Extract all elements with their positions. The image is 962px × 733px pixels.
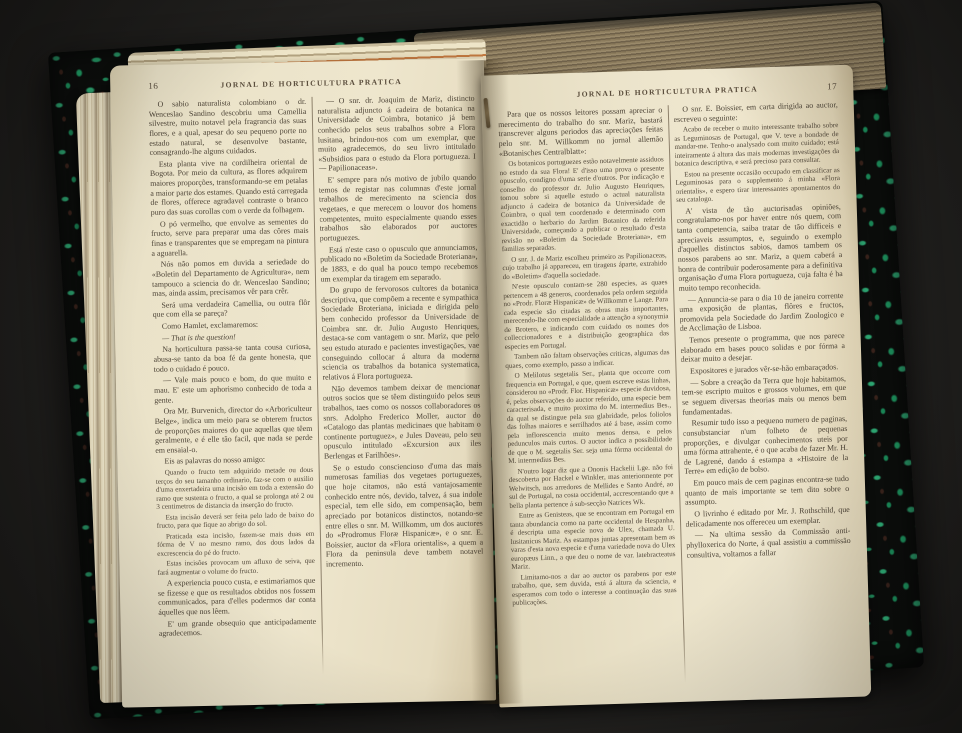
running-header-right: JORNAL DE HORTICULTURA PRATICA: [531, 83, 803, 100]
paragraph: Nós não pomos em duvida a seriedade do «…: [152, 257, 310, 299]
photo-background: 16 JORNAL DE HORTICULTURA PRATICA O sabi…: [0, 0, 962, 733]
left-page: 16 JORNAL DE HORTICULTURA PRATICA O sabi…: [110, 58, 496, 707]
paragraph: — Sobre a creação da Terra que hoje habi…: [681, 374, 847, 417]
right-page-header-row: JORNAL DE HORTICULTURA PRATICA 17: [497, 81, 837, 101]
paragraph: — Vale mais pouco e bom, do que muito e …: [154, 373, 312, 405]
paragraph: Na horticultura passa-se tanta cousa cur…: [153, 342, 311, 374]
text-column: O sabio naturalista colombiano o dr. Wen…: [149, 97, 318, 678]
paragraph: N'este opusculo contam-se 280 especies, …: [503, 278, 669, 351]
paragraph: O snr. E. Boissier, em carta dirigida ao…: [673, 100, 838, 124]
paragraph: E' sempre para nós motivo de jubilo quan…: [319, 173, 478, 243]
text-column: Para que os nossos leitores possam aprec…: [498, 105, 680, 688]
paragraph: A experiencia pouco custa, e estimariamo…: [158, 576, 316, 618]
paragraph: Esta planta vive na cordilheira oriental…: [150, 157, 309, 218]
paragraph: Acabo de receber o muito interessante tr…: [674, 121, 840, 168]
paragraph: Ora Mr. Burvenich, director do «Arboricu…: [154, 404, 312, 455]
paragraph: Será uma verdadeira Camellia, ou outra f…: [152, 298, 310, 320]
paragraph: O pó vermelho, que envolve as sementes d…: [151, 217, 309, 259]
paragraph: Entre as Genisteas, que se encontram em …: [510, 507, 676, 571]
right-page: JORNAL DE HORTICULTURA PRATICA 17 Para q…: [481, 65, 872, 708]
text-column: — O snr. dr. Joaquim de Mariz, distincto…: [317, 94, 486, 675]
paragraph: Resumir tudo isso a pequeno numero de pa…: [682, 414, 848, 477]
paragraph: Limitamo-nos a dar ao auctor os parabens…: [511, 569, 676, 608]
header-spacer-right: [497, 98, 531, 99]
right-page-content: JORNAL DE HORTICULTURA PRATICA 17 Para q…: [481, 65, 872, 708]
page-number-left: 16: [148, 80, 182, 91]
paragraph: Como Hamlet, exclamaremos:: [153, 319, 311, 332]
text-column: O snr. E. Boissier, em carta dirigida ao…: [673, 100, 855, 683]
paragraph: O livrinho é editado por Mr. J. Rothschi…: [685, 505, 850, 529]
paragraph: N'outro logar diz que a Ononis Hackelii …: [508, 463, 674, 510]
left-page-columns: O sabio naturalista colombiano o dr. Wen…: [149, 94, 486, 678]
header-spacer-left: [440, 83, 474, 84]
paragraph: Os botanicos portuguezes estão notavelme…: [499, 155, 666, 253]
paragraph: E' um grande obsequio que anticipadament…: [159, 616, 317, 638]
paragraph: Está n'este caso o opusculo que annuncia…: [320, 242, 478, 284]
paragraph: — Annuncia-se para o dia 10 de janeiro c…: [679, 291, 845, 334]
paragraph: Tambem não faltam observações criticas, …: [505, 348, 670, 370]
paragraph: — Na ultima sessão da Commissão anti-phy…: [686, 526, 851, 560]
paragraph: Se o estudo consciencioso d'uma das mais…: [324, 460, 484, 569]
paragraph: Para que os nossos leitores possam aprec…: [498, 105, 664, 158]
paragraph: Do grupo de fervorosos cultores da botan…: [321, 283, 480, 382]
paragraph: Temos presente o programma, que nos pare…: [680, 331, 845, 365]
left-page-content: 16 JORNAL DE HORTICULTURA PRATICA O sabi…: [110, 58, 496, 707]
paragraph: O sabio naturalista colombiano o dr. Wen…: [149, 97, 308, 158]
paragraph: Eis as palavras do nosso amigo:: [155, 454, 313, 467]
paragraph: Praticada esta incisão, fazem-se mais du…: [157, 529, 315, 558]
paragraph: — That is the question!: [153, 331, 311, 344]
paragraph: — O snr. dr. Joaquim de Mariz, distincto…: [317, 94, 476, 174]
left-page-header-row: 16 JORNAL DE HORTICULTURA PRATICA: [148, 75, 474, 91]
paragraph: Não devemos tambem deixar de mencionar o…: [323, 381, 482, 461]
paragraph: Estas incisões provocam um afluxo de sei…: [157, 557, 315, 577]
paragraph: Estou na presente occasião occupado em c…: [675, 166, 840, 205]
right-page-columns: Para que os nossos leitores possam aprec…: [498, 100, 855, 688]
paragraph: Em pouco mais de cem paginas encontra-se…: [684, 474, 849, 508]
paragraph: A' vista de tão auctorisadas opiniões, c…: [676, 202, 843, 294]
paragraph: Esta incisão deverá ser feita pelo lado …: [156, 510, 314, 530]
paragraph: O Melilotus segetalis Ser., planta que o…: [506, 367, 673, 465]
running-header-left: JORNAL DE HORTICULTURA PRATICA: [182, 76, 440, 90]
paragraph: Quando o fructo tem adquirido metade ou …: [156, 466, 314, 512]
page-number-right: 17: [803, 81, 837, 92]
paragraph: O snr. J. de Mariz escolheu primeiro as …: [502, 251, 667, 281]
